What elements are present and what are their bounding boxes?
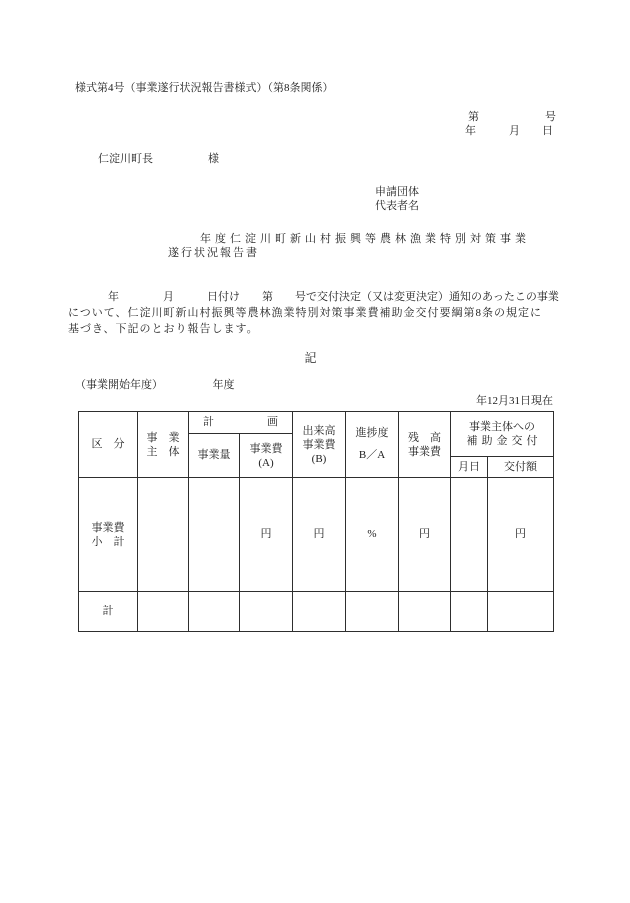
applicant-block: 申請団体 代表者名 [375,185,419,213]
representative-name-label: 代表者名 [375,199,419,213]
header-completed-line3: (B) [293,452,345,466]
header-completed-line2: 事業費 [293,438,345,452]
header-completed-line1: 出来高 [293,424,345,438]
header-subsidy-group: 事業主体への 補助金交付 [451,412,554,457]
header-entity-line2: 主 体 [138,445,188,459]
header-category: 区 分 [79,412,138,478]
cell-total-completed-cost-blank [293,592,346,632]
header-progress-line1: 進捗度 [346,427,398,440]
header-remaining-line1: 残 高 [399,431,450,445]
header-completed-cost: 出来高 事業費 (B) [293,412,346,478]
cell-entity-blank [138,478,189,592]
header-implementing-entity: 事 業 主 体 [138,412,189,478]
cell-total-quantity-blank [189,592,240,632]
applicant-group-label: 申請団体 [375,185,419,199]
as-of-date-label: 年12月31日現在 [68,395,553,408]
body-paragraph-line1: 年 月 日付け 第 号で交付決定（又は変更決定）通知のあったこの事業 [108,291,559,304]
cell-total-plan-cost-blank [240,592,293,632]
header-payment-amount: 交付額 [488,457,554,478]
row-label-total: 計 [79,592,138,632]
cell-total-remaining-cost-blank [399,592,451,632]
reference-number-line: 第 号 [468,111,556,124]
row-label-project-cost-subtotal: 事業費 小 計 [79,478,138,592]
row-label-line1: 事業費 [79,521,137,535]
header-plan-right-char: 画 [267,416,278,429]
header-entity-line1: 事 業 [138,431,188,445]
document-page: 様式第4号（事業遂行状況報告書様式）（第8条関係） 第 号 年 月 日 仁淀川町… [0,0,630,903]
header-progress-rate: 進捗度 B／A [346,412,399,478]
body-paragraph-line2: について、仁淀川町新山村振興等農林漁業特別対策事業費補助金交付要綱第8条の規定に [68,307,542,320]
header-plan-cost-line1: 事業費 [240,442,292,456]
cell-payment-amount-unit: 円 [488,478,554,592]
header-remaining-line2: 事業費 [399,445,450,459]
header-progress-line2: B／A [346,449,398,462]
header-plan-left-char: 計 [203,416,214,429]
cell-completed-cost-unit: 円 [293,478,346,592]
cell-total-entity-blank [138,592,189,632]
cell-total-progress-blank [346,592,399,632]
addressee-line: 仁淀川町長 様 [98,153,219,166]
body-paragraph-line3: 基づき、下記のとおり報告します。 [68,323,259,336]
progress-report-table: 区 分 事 業 主 体 計 画 出来高 事業費 (B) [78,411,554,632]
header-subsidy-line1: 事業主体への [451,420,553,434]
document-title-line2: 遂行状況報告書 [168,247,259,260]
header-plan-quantity: 事業量 [189,434,240,478]
header-remaining-cost: 残 高 事業費 [399,412,451,478]
header-subsidy-line2: 補助金交付 [451,434,553,448]
reference-date-line: 年 月 日 [465,125,553,138]
document-title-line1: 年度仁淀川町新山村振興等農林漁業特別対策事業 [200,233,530,246]
header-plan-group: 計 画 [189,412,293,434]
cell-quantity-blank [189,478,240,592]
cell-total-payment-amount-blank [488,592,554,632]
record-marker: 記 [68,352,553,365]
cell-payment-date-blank [451,478,488,592]
header-plan-cost-line2: (A) [240,456,292,470]
cell-total-payment-date-blank [451,592,488,632]
cell-plan-cost-unit: 円 [240,478,293,592]
header-plan-cost: 事業費 (A) [240,434,293,478]
row-label-line2: 小 計 [79,535,137,549]
project-start-year-line: （事業開始年度） 年度 [75,379,235,392]
header-payment-date: 月日 [451,457,488,478]
cell-remaining-cost-unit: 円 [399,478,451,592]
cell-progress-unit: % [346,478,399,592]
form-number-label: 様式第4号（事業遂行状況報告書様式）（第8条関係） [75,82,334,95]
